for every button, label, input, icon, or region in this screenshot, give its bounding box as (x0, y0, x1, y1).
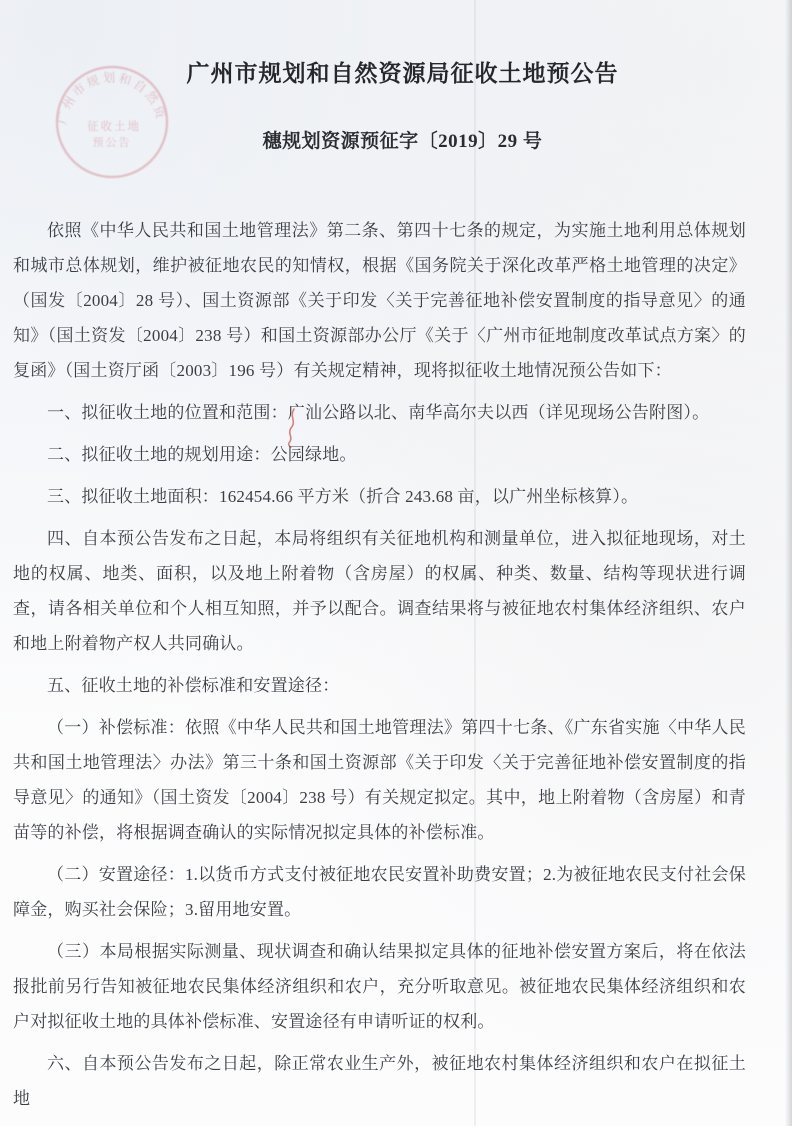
paragraph: 二、拟征收土地的规划用途：公园绿地。 (13, 437, 746, 472)
paragraph: 五、征收土地的补偿标准和安置途径： (13, 668, 746, 703)
paragraph: 三、拟征收土地面积：162454.66 平方米（折合 243.68 亩，以广州坐… (13, 479, 746, 514)
scan-edge-shadow (785, 0, 792, 1126)
document-title: 广州市规划和自然资源局征收土地预公告 (36, 0, 769, 91)
paragraph: 依照《中华人民共和国土地管理法》第二条、第四十七条的规定，为实施土地利用总体规划… (13, 213, 746, 388)
paragraph: （二）安置途径：1.以货币方式支付被征地农民安置补助费安置；2.为被征地农民支付… (13, 857, 746, 927)
document-number: 穗规划资源预征字〔2019〕29 号 (36, 127, 769, 157)
paragraph: （三）本局根据实际测量、现状调查和确认结果拟定具体的征地补偿安置方案后，将在依法… (13, 934, 746, 1039)
document-body: 依照《中华人民共和国土地管理法》第二条、第四十七条的规定，为实施土地利用总体规划… (13, 213, 746, 1116)
paragraph: 一、拟征收土地的位置和范围：广汕公路以北、南华高尔夫以西（详见现场公告附图）。 (13, 395, 746, 430)
document-headings: 广州市规划和自然资源局征收土地预公告 穗规划资源预征字〔2019〕29 号 (36, 0, 769, 157)
paragraph: （一）补偿标准：依照《中华人民共和国土地管理法》第四十七条、《广东省实施〈中华人… (13, 710, 746, 850)
paragraph: 四、自本预公告发布之日起，本局将组织有关征地机构和测量单位，进入拟征地现场，对土… (13, 521, 746, 661)
scanned-document-page: 广州市规划和自然资源局 征收土地 预公告 广州市规划和自然资源局征收土地预公告 … (0, 0, 792, 1126)
document-content: 广州市规划和自然资源局征收土地预公告 穗规划资源预征字〔2019〕29 号 依照… (13, 0, 746, 1123)
paragraph: 六、自本预公告发布之日起，除正常农业生产外，被征地农村集体经济组织和农户在拟征土… (13, 1046, 746, 1116)
